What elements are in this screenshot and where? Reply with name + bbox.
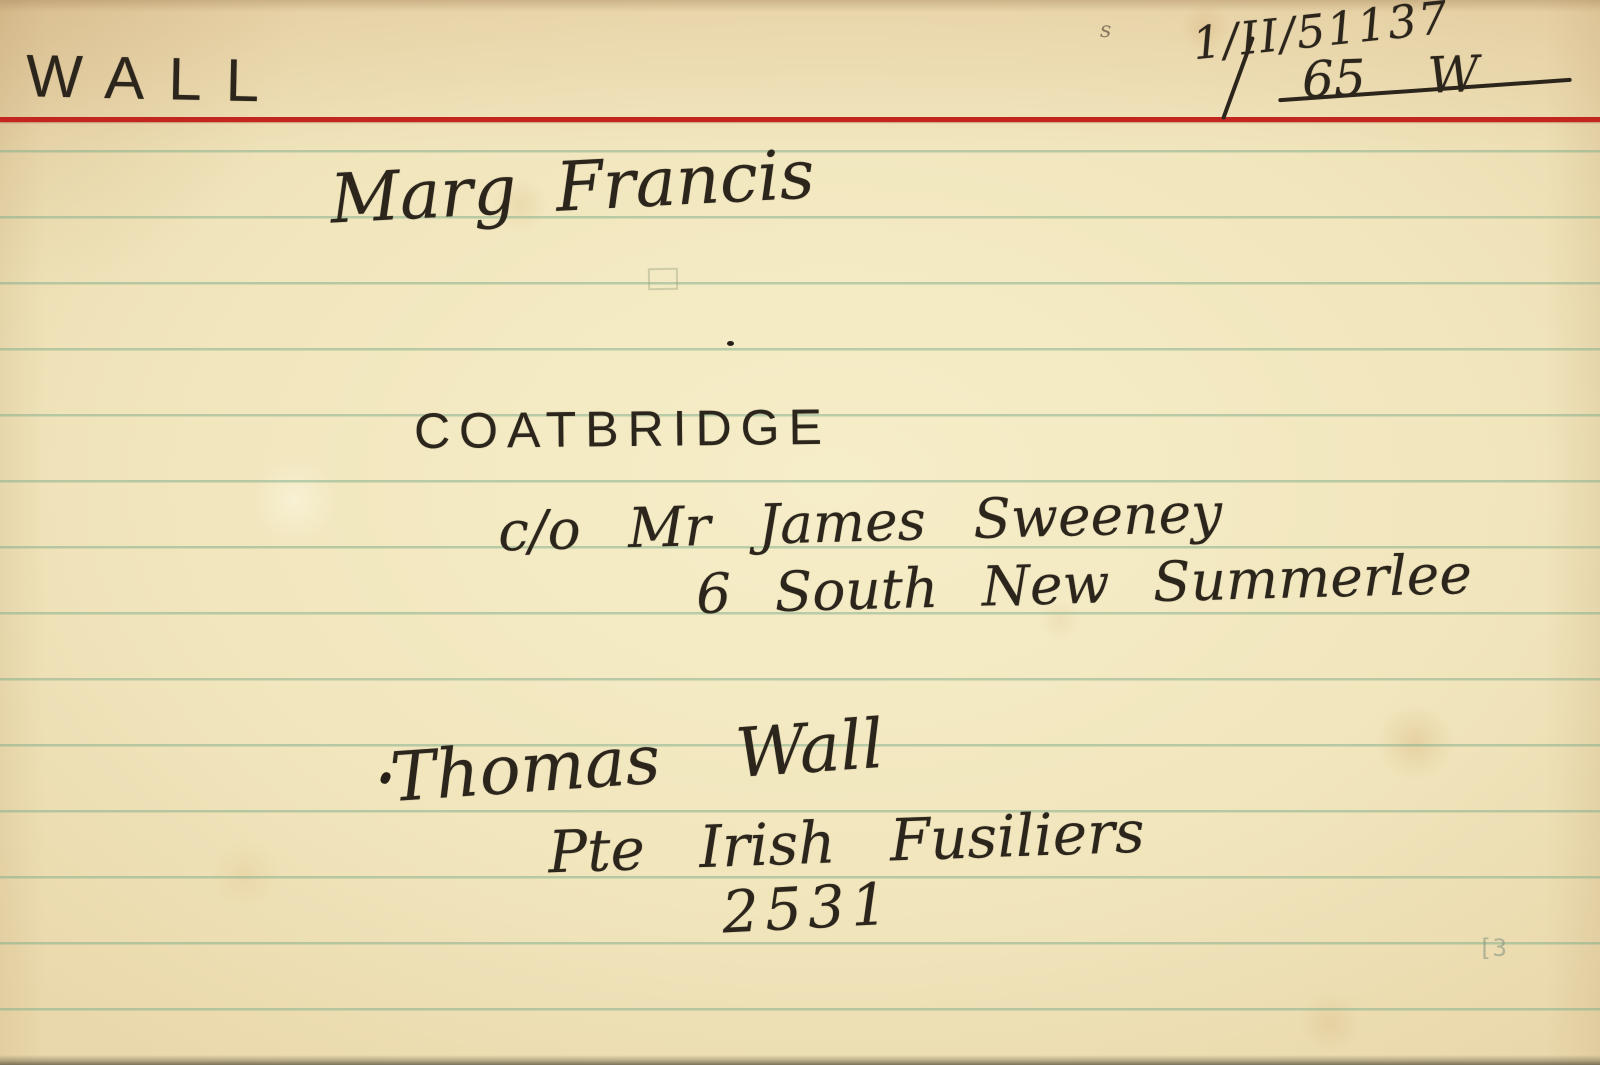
surname-index-header: WALL: [25, 41, 284, 115]
bottom-edge-shadow: [0, 1055, 1600, 1065]
crossed-out-letter: W: [1427, 45, 1480, 105]
stray-ink-mark: s: [1100, 18, 1111, 43]
crossed-out-value: 65: [1301, 49, 1367, 109]
square-pencil-mark: [648, 268, 678, 291]
town-name: COATBRIDGE: [414, 398, 831, 460]
crossed-out-entry: 65 W: [1301, 45, 1480, 109]
red-header-rule: [0, 117, 1600, 122]
index-card: WALL 1/II/51137 65 W Marg Francis COATBR…: [0, 0, 1600, 1065]
service-number: 2531: [720, 870, 895, 947]
corner-pencil-note: [3: [1478, 934, 1507, 962]
ink-blot: [727, 341, 734, 346]
soldier-surname: Wall: [733, 705, 886, 794]
